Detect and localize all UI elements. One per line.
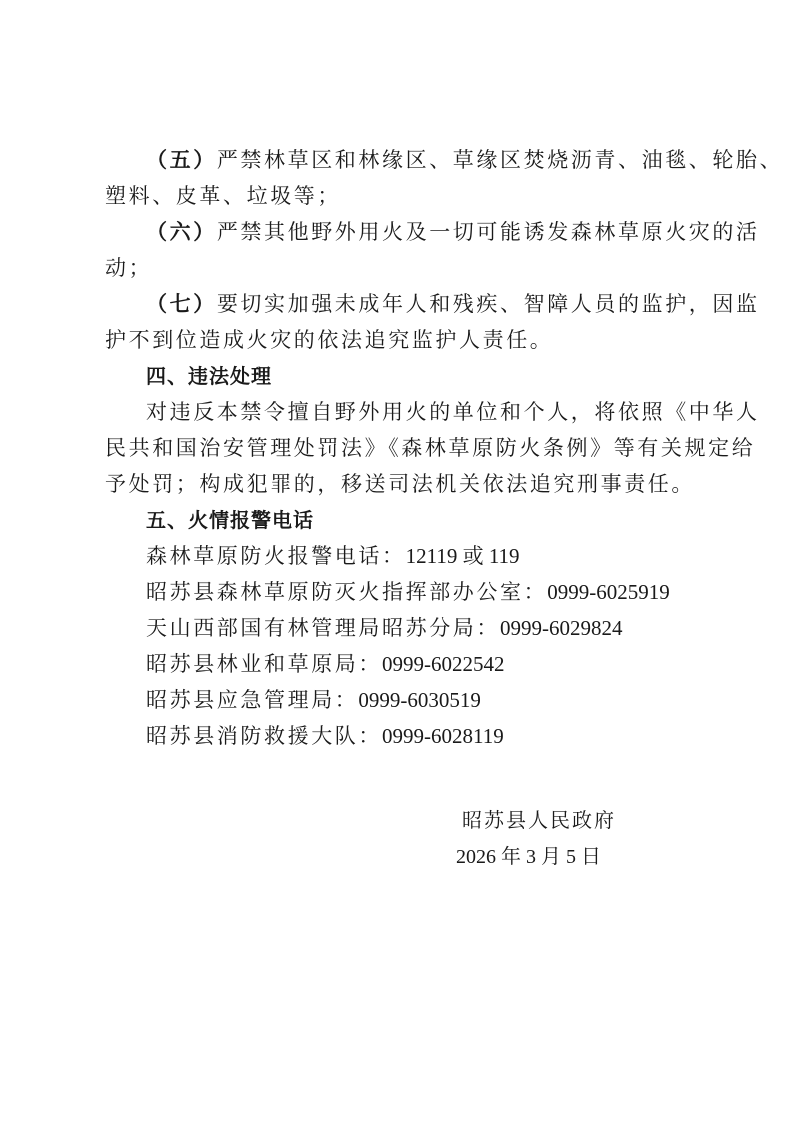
phone-number: 12119 或 119 (406, 544, 520, 568)
signature-issuer: 昭苏县人民政府 (462, 808, 616, 832)
phone-name: 天山西部国有林管理局昭苏分局： (146, 616, 500, 640)
section-5-heading: 五、火情报警电话 (146, 508, 694, 532)
section-4-line-1: 对违反本禁令擅自野外用火的单位和个人，将依照《中华人 (146, 400, 694, 424)
item-6-line-2: 动； (105, 256, 695, 280)
item-7-text: 要切实加强未成年人和残疾、智障人员的监护，因监 (217, 292, 760, 316)
phone-line-forest-bureau: 天山西部国有林管理局昭苏分局：0999-6029824 (146, 616, 694, 640)
phone-line-forestry-grassland: 昭苏县林业和草原局：0999-6022542 (146, 652, 694, 676)
phone-number: 0999-6029824 (500, 616, 623, 640)
phone-number: 0999-6028119 (382, 724, 504, 748)
date-text: 2026 年 3 月 5 日 (456, 846, 601, 868)
item-6-label: （六） (146, 220, 217, 244)
phone-name: 昭苏县消防救援大队： (146, 724, 382, 748)
signature-date: 2026 年 3 月 5 日 (456, 844, 601, 869)
phone-line-command-office: 昭苏县森林草原防灭火指挥部办公室：0999-6025919 (146, 580, 694, 604)
item-7-line-2: 护不到位造成火灾的依法追究监护人责任。 (105, 328, 695, 352)
item-6-text: 严禁其他野外用火及一切可能诱发森林草原火灾的活 (217, 220, 760, 244)
item-5-label: （五） (146, 148, 217, 172)
phone-name: 森林草原防火报警电话： (146, 544, 406, 568)
phone-number: 0999-6022542 (382, 652, 505, 676)
phone-line-fire-rescue: 昭苏县消防救援大队：0999-6028119 (146, 724, 694, 748)
item-6-line-1: （六）严禁其他野外用火及一切可能诱发森林草原火灾的活 (146, 220, 694, 244)
phone-number: 0999-6030519 (358, 688, 481, 712)
phone-name: 昭苏县森林草原防灭火指挥部办公室： (146, 580, 547, 604)
phone-name: 昭苏县应急管理局： (146, 688, 358, 712)
section-4-line-3: 予处罚；构成犯罪的，移送司法机关依法追究刑事责任。 (105, 472, 695, 496)
item-5-line-1: （五）严禁林草区和林缘区、草缘区焚烧沥青、油毯、轮胎、 (146, 148, 694, 172)
phone-line-fire-alarm: 森林草原防火报警电话：12119 或 119 (146, 544, 694, 568)
section-4-heading: 四、违法处理 (146, 364, 694, 388)
document-page: （五）严禁林草区和林缘区、草缘区焚烧沥青、油毯、轮胎、 塑料、皮革、垃圾等； （… (0, 0, 793, 1122)
item-7-line-1: （七）要切实加强未成年人和残疾、智障人员的监护，因监 (146, 292, 694, 316)
phone-name: 昭苏县林业和草原局： (146, 652, 382, 676)
phone-number: 0999-6025919 (547, 580, 670, 604)
item-5-text: 严禁林草区和林缘区、草缘区焚烧沥青、油毯、轮胎、 (217, 148, 783, 172)
phone-line-emergency: 昭苏县应急管理局：0999-6030519 (146, 688, 694, 712)
item-7-label: （七） (146, 292, 217, 316)
item-5-line-2: 塑料、皮革、垃圾等； (105, 184, 695, 208)
section-4-line-2: 民共和国治安管理处罚法》《森林草原防火条例》等有关规定给 (105, 436, 695, 460)
